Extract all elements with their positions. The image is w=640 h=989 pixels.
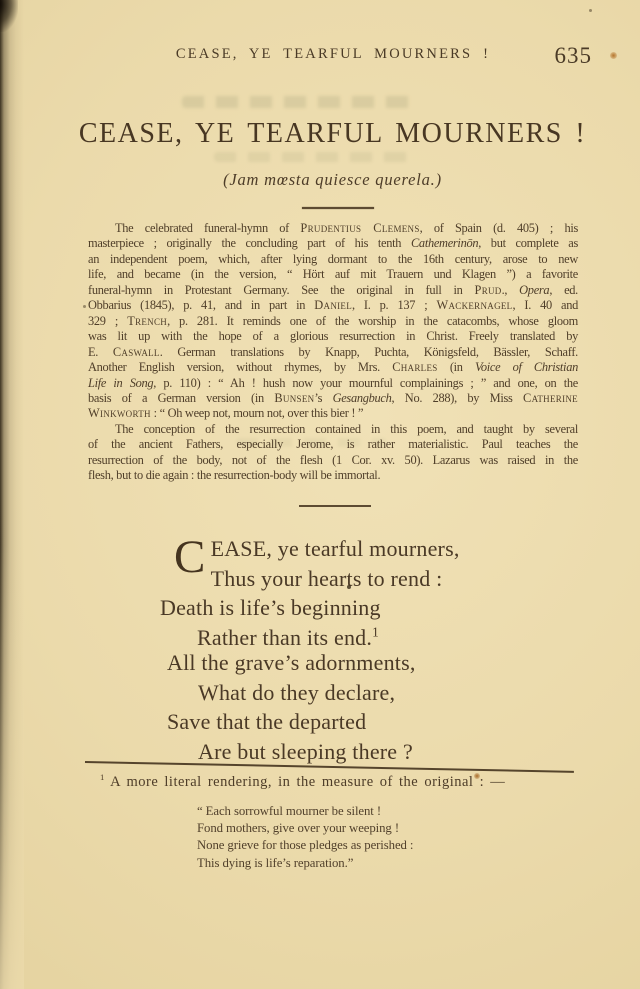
hymn-line: EASE, ye tearful mourners, <box>160 534 560 564</box>
intro-line: life, and became (in the version, “ Hört… <box>88 267 578 282</box>
intro-line: Winkworth : “ Oh weep not, mourn not, ov… <box>88 406 578 421</box>
footnote-intro: 1 A more literal rendering, in the measu… <box>100 774 580 791</box>
divider-rule <box>299 505 371 507</box>
divider-rule <box>302 207 374 209</box>
intro-line: E. Caswall. German translations by Knapp… <box>88 345 578 360</box>
intro-line: Obbarius (1845), p. 41, and in part in D… <box>88 298 578 313</box>
drop-cap: C <box>174 537 206 577</box>
hymn-line: All the grave’s adornments, <box>167 648 567 678</box>
footnote-verse-line: “ Each sorrowful mourner be silent ! <box>197 803 537 820</box>
hymn-title: CEASE, YE TEARFUL MOURNERS ! <box>75 118 590 150</box>
running-header: CEASE, YE TEARFUL MOURNERS ! 635 <box>88 46 578 70</box>
intro-line: Another English version, without rhymes,… <box>88 360 578 375</box>
page-content: CEASE, YE TEARFUL MOURNERS ! 635 CEASE, … <box>0 0 640 989</box>
hymn-latin-subtitle: (Jam mœsta quiesce querela.) <box>75 170 590 190</box>
hymn-line: Thus your hearts to rend : <box>160 564 560 594</box>
book-page: CEASE, YE TEARFUL MOURNERS ! 635 CEASE, … <box>0 0 640 989</box>
intro-line: masterpiece ; originally the concluding … <box>88 236 578 251</box>
intro-line: 329 ; Trench, p. 281. It reminds one of … <box>88 314 578 329</box>
hymn-line: What do they declare, <box>167 678 567 708</box>
footnote-verse-line: This dying is life’s reparation.” <box>197 855 537 872</box>
intro-line: The celebrated funeral-hymn of Prudentiu… <box>88 221 578 236</box>
footnote-verse: “ Each sorrowful mourner be silent !Fond… <box>197 803 537 872</box>
footnote-verse-line: None grieve for those pledges as perishe… <box>197 837 537 854</box>
footnote-verse-line: Fond mothers, give over your weeping ! <box>197 820 537 837</box>
intro-line: of the ancient Fathers, especially Jerom… <box>88 437 578 452</box>
intro-line: was lit up with the hope of a glorious r… <box>88 329 578 344</box>
intro-line: basis of a German version (in Bunsen’s G… <box>88 391 578 406</box>
intro-line: resurrection of the body, not of the fle… <box>88 453 578 468</box>
page-number: 635 <box>555 43 593 69</box>
hymn-line: Are but sleeping there ? <box>167 737 567 767</box>
hymn-line: Death is life’s beginning <box>160 593 560 623</box>
intro-line: The conception of the resurrection conta… <box>88 422 578 437</box>
hymn-stanza-2: All the grave’s adornments,What do they … <box>167 648 567 766</box>
intro-line: Life in Song, p. 110) : “ Ah ! hush now … <box>88 376 578 391</box>
running-header-title: CEASE, YE TEARFUL MOURNERS ! <box>88 46 578 63</box>
intro-note: The celebrated funeral-hymn of Prudentiu… <box>88 221 578 484</box>
intro-line: funeral-hymn in Protestant Germany. See … <box>88 283 578 298</box>
intro-line: flesh, but to die again : the resurrecti… <box>88 468 578 483</box>
hymn-line: Save that the departed <box>167 707 567 737</box>
hymn-stanza-1: CEASE, ye tearful mourners,Thus your hea… <box>160 534 560 652</box>
intro-line: an independent poem, which, after lying … <box>88 252 578 267</box>
